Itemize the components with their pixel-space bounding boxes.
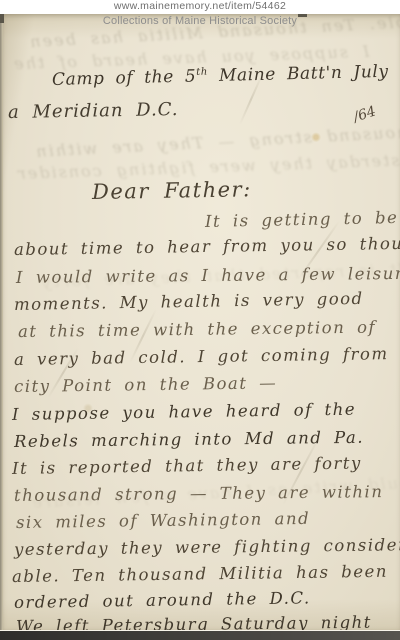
letter-heading-place: a Meridian D.C. (8, 99, 179, 123)
letter-salutation: Dear Father: (92, 177, 252, 204)
scan-edge-mark (298, 14, 307, 17)
letter-line: ordered out around the D.C. (14, 588, 311, 612)
scan-bottom-edge (0, 630, 400, 640)
letter-line: city Point on the Boat — (14, 373, 277, 396)
scan-url-watermark: www.mainememory.net/item/54462 (0, 0, 400, 14)
letter-line: thousand strong — They are within (14, 482, 384, 505)
letter-line: at this time with the exception of (18, 318, 376, 341)
letter-paper: Collections of Maine Historical Society … (0, 14, 400, 630)
letter-line: about time to hear from you so though (14, 234, 400, 259)
letter-line: a very bad cold. I got coming from (14, 344, 389, 369)
letter-line: able. Ten thousand Militia has been (12, 562, 388, 586)
letter-line: six miles of Washington and (16, 509, 310, 532)
ordinal-suffix: th (196, 67, 208, 78)
letter-line: moments. My health is very good (14, 289, 364, 314)
letter-line: It is getting to be (205, 208, 399, 231)
letter-line: It is reported that they are forty (12, 454, 362, 478)
letter-line: I would write as I have a few leisure (16, 264, 400, 287)
scanned-letter-page: www.mainememory.net/item/54462 Collectio… (0, 0, 400, 640)
letter-line: yesterday they were fighting consider (14, 535, 400, 559)
heading-camp-text: Maine Batt'n July 12 (208, 61, 400, 86)
letter-heading-year: /64 (352, 103, 378, 125)
letter-line: I suppose you have heard of the (12, 400, 356, 424)
heading-camp-text: Camp of the 5 (52, 66, 197, 90)
scan-edge-mark (0, 14, 4, 23)
